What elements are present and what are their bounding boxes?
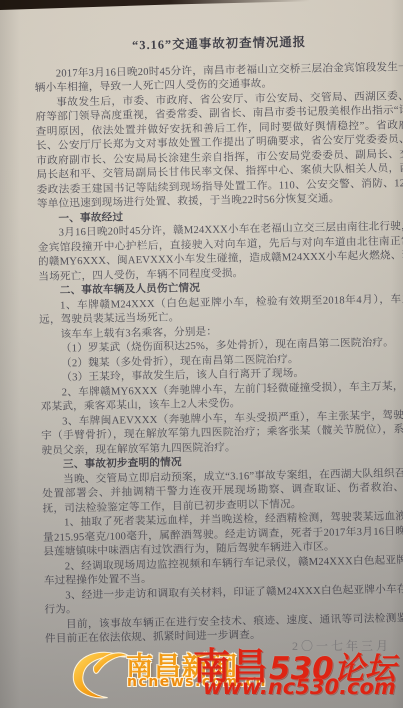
paragraph: 当晚、交管局立即启动预案，成立“3.16”事故专案组，在西湖大队组织召开事故处置…: [42, 466, 403, 517]
paragraph: 事故发生后，市委、市政府、省公安厅、市公安局、交管局、西湖区委、区政府等部门领导…: [35, 89, 403, 212]
document-body: 2017年3月16日晚20时45分许，南昌市老福山立交桥三层冶金宾馆段发生一起三…: [35, 60, 403, 647]
photo-dark-edge: [0, 0, 310, 10]
ncnews-logo-swoosh-icon: [66, 643, 130, 701]
paragraph: 1、抽取了死者裴某远血样，并当晚送检，经酒精检测，驾驶裴某远血液酒精含量215.…: [43, 510, 403, 561]
paragraph: 3月16日晚20时45分许，赣M24XXX小车在老福山立交三层由南往北行驶，在冶…: [37, 220, 403, 285]
document-photo: “3.16”交通事故初查情况通报 2017年3月16日晚20时45分许，南昌市老…: [0, 0, 403, 708]
paragraph: 3、车牌闽AEVXXX（奔驰牌小车，车头受损严重），车主张某宇，驾驶员张某宇（手…: [41, 408, 403, 459]
nc530-watermark-domain: www.nc530.com: [203, 675, 396, 699]
document-page: “3.16”交通事故初查情况通报 2017年3月16日晚20时45分许，南昌市老…: [34, 33, 403, 648]
document-title: “3.16”交通事故初查情况通报: [34, 33, 403, 55]
